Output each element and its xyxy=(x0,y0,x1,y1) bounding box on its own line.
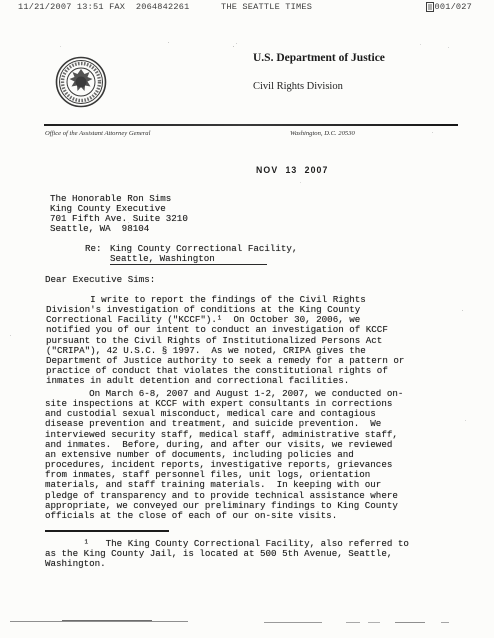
subject-line-2: Seattle, Washington xyxy=(110,254,297,265)
fax-page: 11/21/2007 13:51 FAX 2064842261 THE SEAT… xyxy=(0,0,494,638)
body-line: officials at the close of each of our on… xyxy=(45,511,403,521)
scan-artifact-line xyxy=(10,621,188,622)
fax-timestamp: 11/21/2007 13:51 FAX 2064842261 xyxy=(18,2,189,12)
recipient-line: Seattle, WA 98104 xyxy=(50,224,188,234)
doj-seal-icon xyxy=(55,56,107,108)
letterhead-location: Washington, D.C. 20530 xyxy=(290,130,355,137)
body-paragraph-2: On March 6-8, 2007 and August 1-2, 2007,… xyxy=(45,389,403,521)
subject-underlined-text: Seattle, Washington xyxy=(110,254,267,265)
letterhead-agency: U.S. Department of Justice xyxy=(253,52,385,64)
letterhead-office: Office of the Assistant Attorney General xyxy=(45,130,150,137)
scan-artifact-line xyxy=(395,622,425,623)
body-paragraph-1: I write to report the findings of the Ci… xyxy=(46,295,404,386)
fax-transmission-header: 11/21/2007 13:51 FAX 2064842261 THE SEAT… xyxy=(0,2,494,14)
page-icon xyxy=(426,2,434,12)
scan-artifact-line xyxy=(62,620,152,621)
recipient-address-block: The Honorable Ron Sims King County Execu… xyxy=(50,194,188,235)
subject-block: King County Correctional Facility, Seatt… xyxy=(110,244,297,265)
footnote-separator xyxy=(45,530,169,532)
subject-label: Re: xyxy=(85,244,102,254)
date-received-stamp: NOV 13 2007 xyxy=(256,165,328,176)
fax-page-count: 001/027 xyxy=(435,2,473,12)
letterhead-division: Civil Rights Division xyxy=(253,81,343,92)
footnote-line: Washington. xyxy=(45,559,409,569)
salutation: Dear Executive Sims: xyxy=(45,275,155,285)
fax-sender-name: THE SEATTLE TIMES xyxy=(221,2,312,12)
body-line: inmates in adult detention and correctio… xyxy=(46,376,404,386)
fax-page-indicator: 001/027 xyxy=(426,2,473,12)
scan-artifact-line xyxy=(346,622,360,623)
scan-speckles xyxy=(0,0,1,1)
scan-artifact-line xyxy=(441,622,449,623)
scan-artifact-line xyxy=(264,622,322,623)
letterhead-rule xyxy=(44,124,458,126)
scan-artifact-line xyxy=(368,622,380,623)
footnote-block: ¹ The King County Correctional Facility,… xyxy=(45,539,409,569)
